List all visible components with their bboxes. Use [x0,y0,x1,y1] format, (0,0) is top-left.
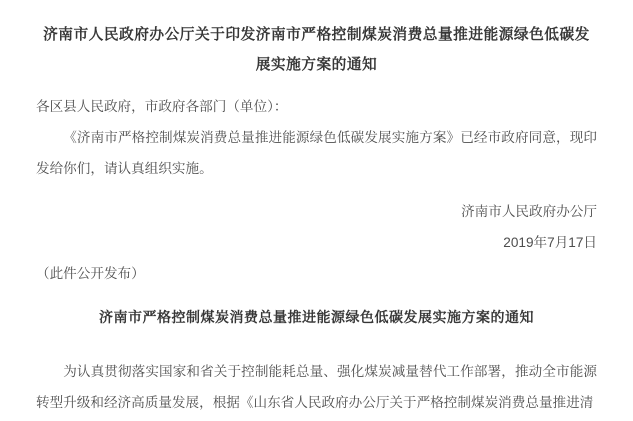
issuer-signature: 济南市人民政府办公厅 [36,196,597,227]
notice-document: 济南市人民政府办公厅关于印发济南市严格控制煤炭消费总量推进能源绿色低碳发展实施方… [0,0,633,418]
salutation-line: 各区县人民政府，市政府各部门（单位）： [36,91,597,122]
issue-date: 2019年7月17日 [36,227,597,258]
document-title: 济南市人民政府办公厅关于印发济南市严格控制煤炭消费总量推进能源绿色低碳发展实施方… [36,20,597,80]
notice-paragraph: 《济南市严格控制煤炭消费总量推进能源绿色低碳发展实施方案》已经市政府同意，现印发… [36,122,597,184]
public-release-note: （此件公开发布） [36,258,597,289]
document-subtitle: 济南市严格控制煤炭消费总量推进能源绿色低碳发展实施方案的通知 [36,302,597,332]
body-paragraph: 为认真贯彻落实国家和省关于控制能耗总量、强化煤炭减量替代工作部署，推动全市能源转… [36,356,597,418]
